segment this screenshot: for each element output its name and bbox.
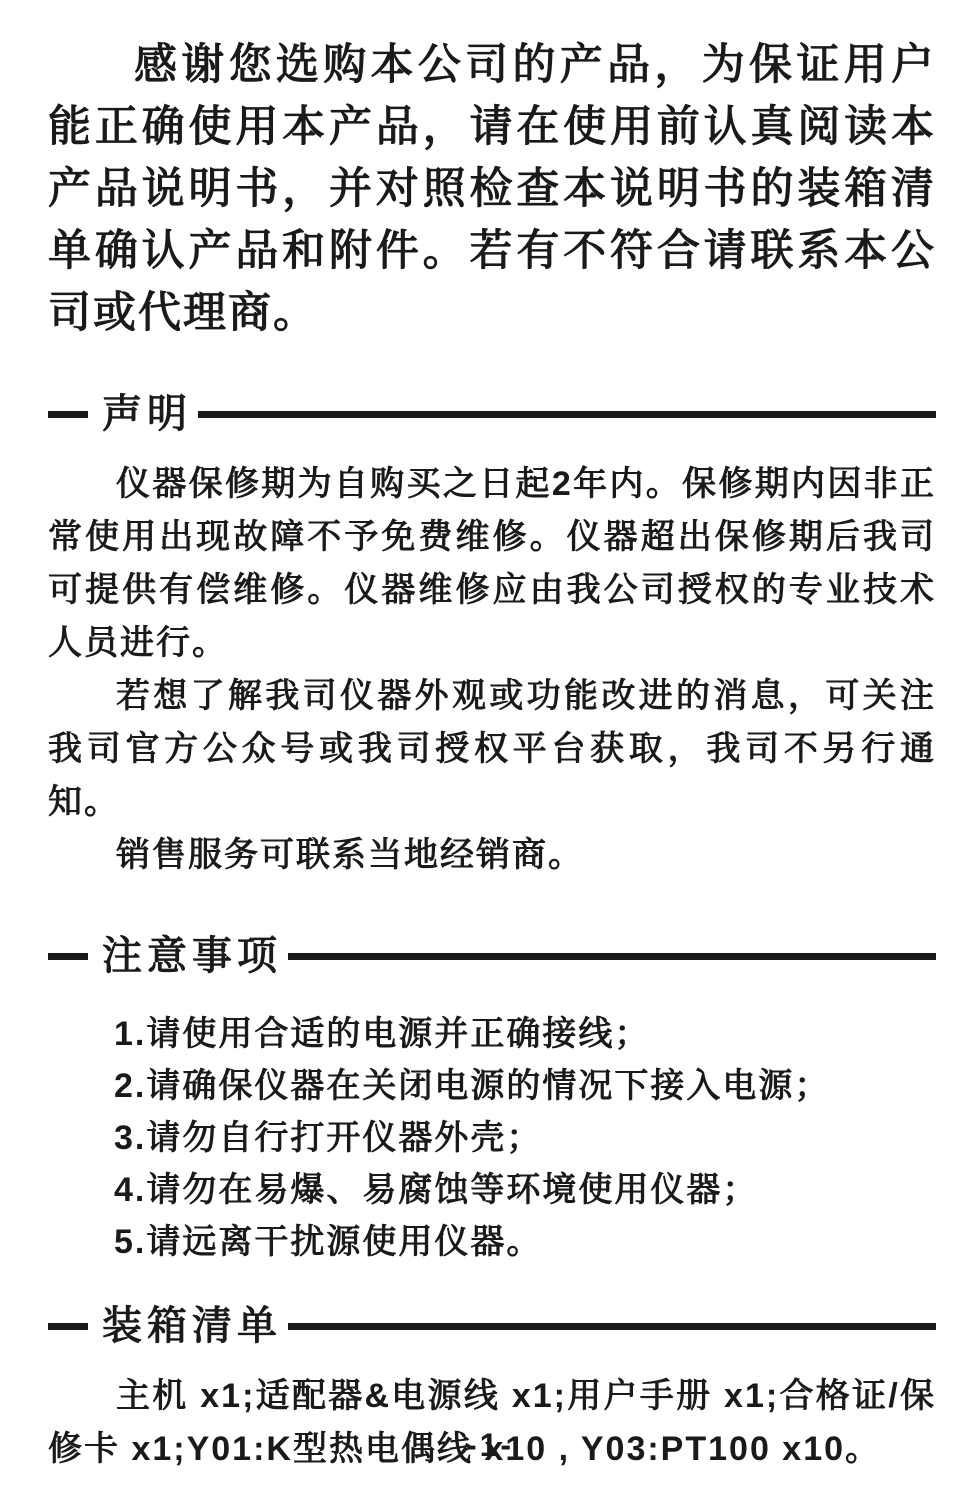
header-dash-icon [48, 953, 88, 960]
precaution-item-1: 1.请使用合适的电源并正确接线； [114, 1008, 936, 1060]
intro-paragraph: 感谢您选购本公司的产品，为保证用户能正确使用本产品，请在使用前认真阅读本产品说明… [48, 34, 936, 344]
precautions-list: 1.请使用合适的电源并正确接线； 2.请确保仪器在关闭电源的情况下接入电源； 3… [48, 1008, 936, 1268]
header-rule [288, 953, 936, 960]
section-header-packing: 装箱清单 [48, 1298, 936, 1354]
precaution-item-5: 5.请远离干扰源使用仪器。 [114, 1216, 936, 1268]
precaution-item-2: 2.请确保仪器在关闭电源的情况下接入电源； [114, 1060, 936, 1112]
declaration-paragraph-updates: 若想了解我司仪器外观或功能改进的消息，可关注我司官方公众号或我司授权平台获取，我… [48, 670, 936, 829]
precaution-item-3: 3.请勿自行打开仪器外壳； [114, 1112, 936, 1164]
section-header-declaration: 声明 [48, 386, 936, 442]
precaution-item-4: 4.请勿在易爆、易腐蚀等环境使用仪器； [114, 1164, 936, 1216]
header-dash-icon [48, 411, 88, 418]
section-title-declaration: 声明 [102, 386, 192, 442]
header-rule [288, 1323, 936, 1330]
section-title-precautions: 注意事项 [102, 928, 282, 984]
page-number: -1- [0, 1427, 980, 1464]
declaration-paragraph-sales: 销售服务可联系当地经销商。 [48, 829, 936, 882]
manual-page: 感谢您选购本公司的产品，为保证用户能正确使用本产品，请在使用前认真阅读本产品说明… [0, 0, 980, 1490]
declaration-paragraph-warranty: 仪器保修期为自购买之日起2年内。保修期内因非正常使用出现故障不予免费维修。仪器超… [48, 458, 936, 670]
header-rule [198, 411, 936, 418]
section-header-precautions: 注意事项 [48, 928, 936, 984]
section-title-packing: 装箱清单 [102, 1298, 282, 1354]
header-dash-icon [48, 1323, 88, 1330]
